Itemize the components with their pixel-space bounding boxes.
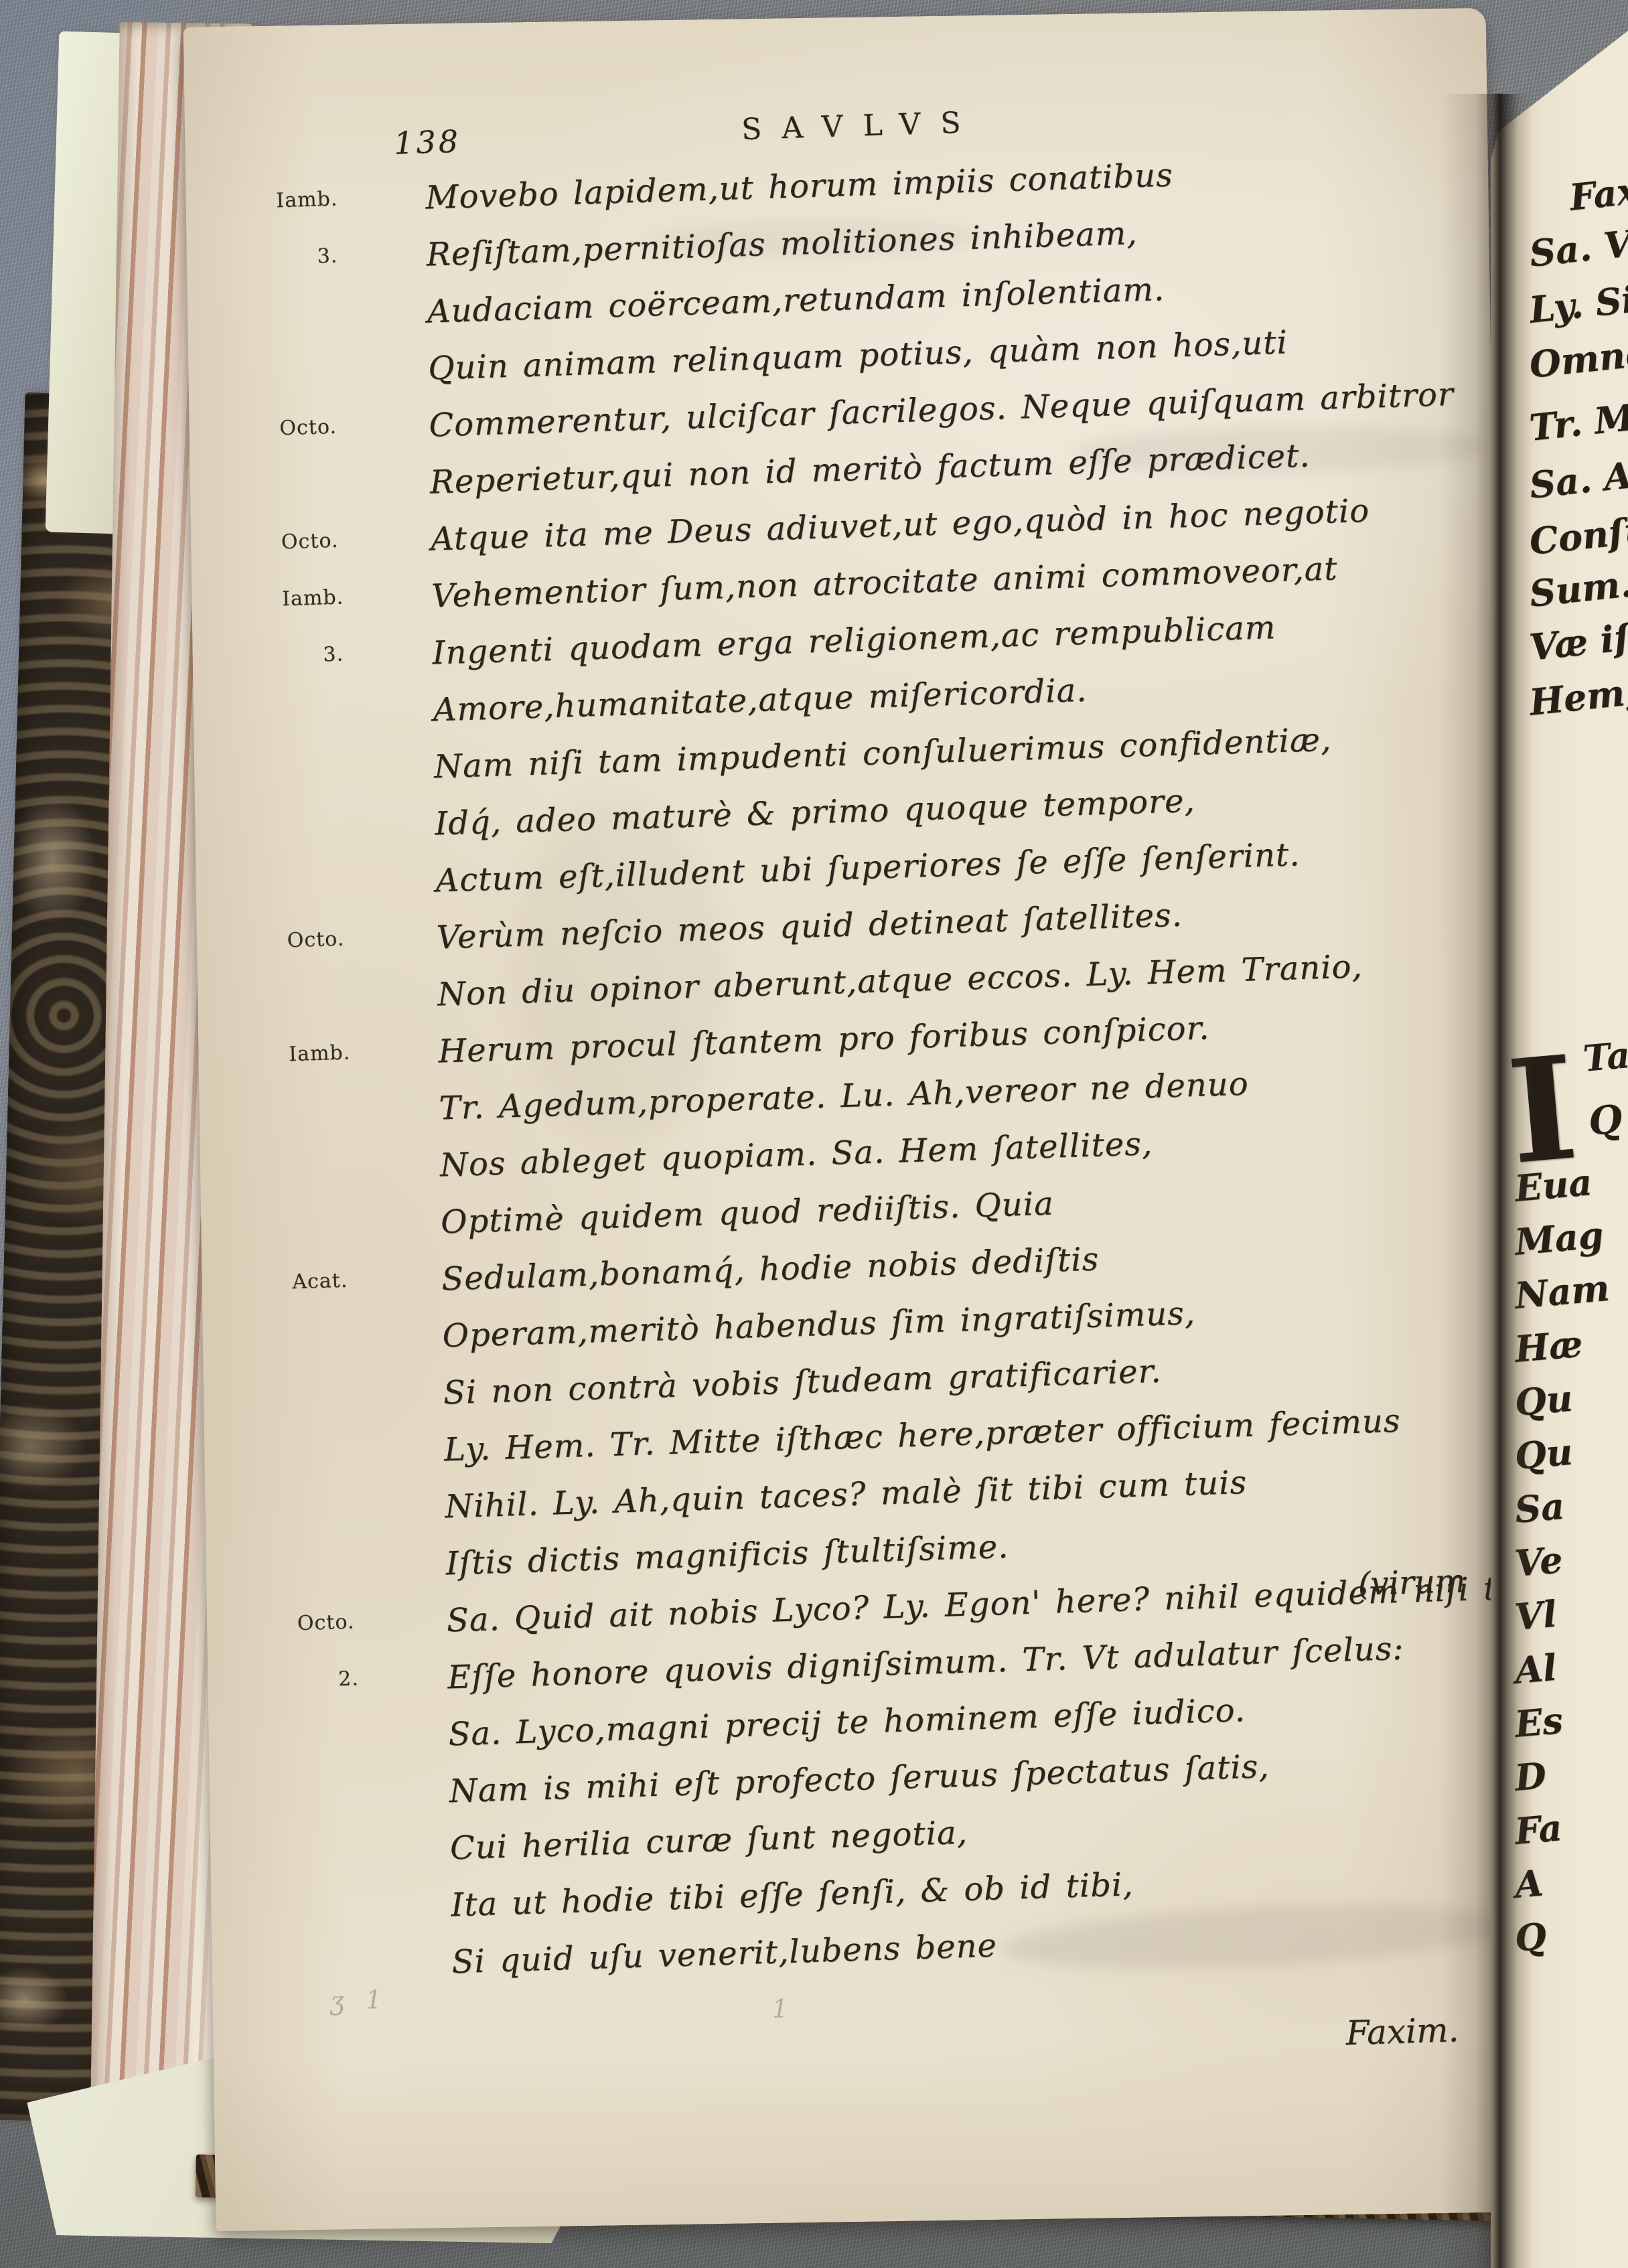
verse-text: Nos ableget quopiam. Sa. Hem ſatellites,: [439, 1122, 1153, 1187]
right-page-fragment: Sa. Ag: [1528, 450, 1628, 508]
right-page-fragment: Ly. Si q: [1528, 273, 1628, 332]
right-page-fragment: A: [1513, 1860, 1544, 1906]
margin-meter-label: 3.: [323, 643, 344, 668]
right-page-fragment: Vl: [1513, 1592, 1558, 1639]
verse-text: Reſiſtam,pernitioſas molitiones inhibeam…: [426, 212, 1138, 276]
right-page-fragment: Væ iſt: [1528, 613, 1628, 670]
margin-meter-label: Iamb.: [289, 1041, 351, 1067]
verse-text: Iſtis dictis magnificis ſtultiſsime.: [445, 1525, 1010, 1586]
right-page-fragment: Ve: [1513, 1537, 1564, 1586]
right-page-fragment: Faxim.: [1568, 161, 1628, 219]
verse-text: Audaciam coërceam,retundam inſolentiam.: [427, 268, 1165, 333]
verse-text: Amore,humanitate,atque miſericordia.: [433, 669, 1088, 732]
margin-meter-label: Acat.: [292, 1269, 348, 1295]
margin-meter-label: Octo.: [281, 529, 339, 555]
right-page-fragment: Tr. M: [1528, 395, 1628, 450]
verse-text: Si non contrà vobis ſtudeam gratificarie…: [443, 1350, 1162, 1415]
margin-meter-label: Iamb.: [276, 187, 338, 214]
verse-text: Operam,meritò habendus ſim ingratiſsimus…: [442, 1292, 1196, 1357]
left-book-page: 138 SAVLVS Iamb.Movebo lapidem,ut horum …: [183, 8, 1519, 2231]
right-page-fragment: Hem,: [1528, 669, 1628, 725]
verse-text: Si quid uſu venerit,lubens bene: [451, 1924, 998, 1983]
verse-text: Sedulam,bonamq́, hodie nobis dediſtis: [441, 1237, 1100, 1300]
right-page-fragment: Conſu: [1528, 507, 1628, 564]
margin-meter-label: Iamb.: [282, 586, 344, 612]
right-page-fragment: Mag: [1513, 1213, 1605, 1264]
right-page-fragment: Sum.: [1528, 561, 1628, 616]
verse-text: Optimè quidem quod rediiſtis. Quia: [440, 1183, 1054, 1244]
right-page-fragment: Eua: [1513, 1160, 1594, 1211]
photo-of-open-book: { "book": { "left_page": { "page_number"…: [0, 0, 1628, 2268]
right-page-fragment: Al: [1513, 1645, 1558, 1693]
right-page-fragment: Qu: [1513, 1430, 1574, 1479]
verse-text: Movebo lapidem,ut horum impiis conatibus: [425, 154, 1173, 220]
right-page-fragment: Sa: [1513, 1484, 1566, 1532]
margin-meter-label: Octo.: [287, 927, 345, 954]
right-page-fragment: Fa: [1513, 1805, 1564, 1854]
right-book-page-partial: Faxim.Sa. VinLy. Si qOmnesTr. MSa. AgCon…: [1491, 0, 1628, 2268]
margin-meter-label: 2.: [338, 1667, 360, 1691]
right-page-fragment: Q: [1586, 1095, 1624, 1145]
margin-meter-label: Octo.: [297, 1610, 355, 1637]
right-page-fragment: Qu: [1513, 1376, 1574, 1425]
verse-text-block: Iamb.Movebo lapidem,ut horum impiis cona…: [183, 8, 1519, 2231]
signature-mark: 1: [771, 1993, 796, 2024]
right-page-fragment: Nam: [1513, 1266, 1611, 1318]
verse-text: Idq́, adeo maturè & primo quoque tempore…: [434, 779, 1195, 846]
turnover-word: (virum: [1177, 1560, 1467, 1611]
verse-text: Verùm neſcio meos quid detineat ſatellit…: [436, 894, 1183, 960]
margin-meter-label: Octo.: [279, 415, 338, 441]
right-page-fragment: Omnes: [1528, 328, 1628, 386]
right-page-fragment: Sa. Vin: [1528, 217, 1628, 276]
right-page-fragment: Es: [1513, 1698, 1564, 1746]
right-page-fragment: D: [1513, 1753, 1548, 1800]
signature-mark: ʒ 1: [329, 1985, 389, 2016]
right-page-fragment: Q: [1513, 1914, 1548, 1961]
verse-text: Ita ut hodie tibi eſſe ſenſi, & ob id ti…: [450, 1863, 1134, 1926]
margin-meter-label: 3.: [317, 244, 338, 269]
catchword: Faxim.: [1170, 2008, 1459, 2060]
verse-text: Cui herilia curæ ſunt negotia,: [449, 1811, 968, 1870]
right-page-fragment: Hæ: [1513, 1321, 1584, 1371]
right-page-fragment: Ta: [1581, 1033, 1628, 1081]
